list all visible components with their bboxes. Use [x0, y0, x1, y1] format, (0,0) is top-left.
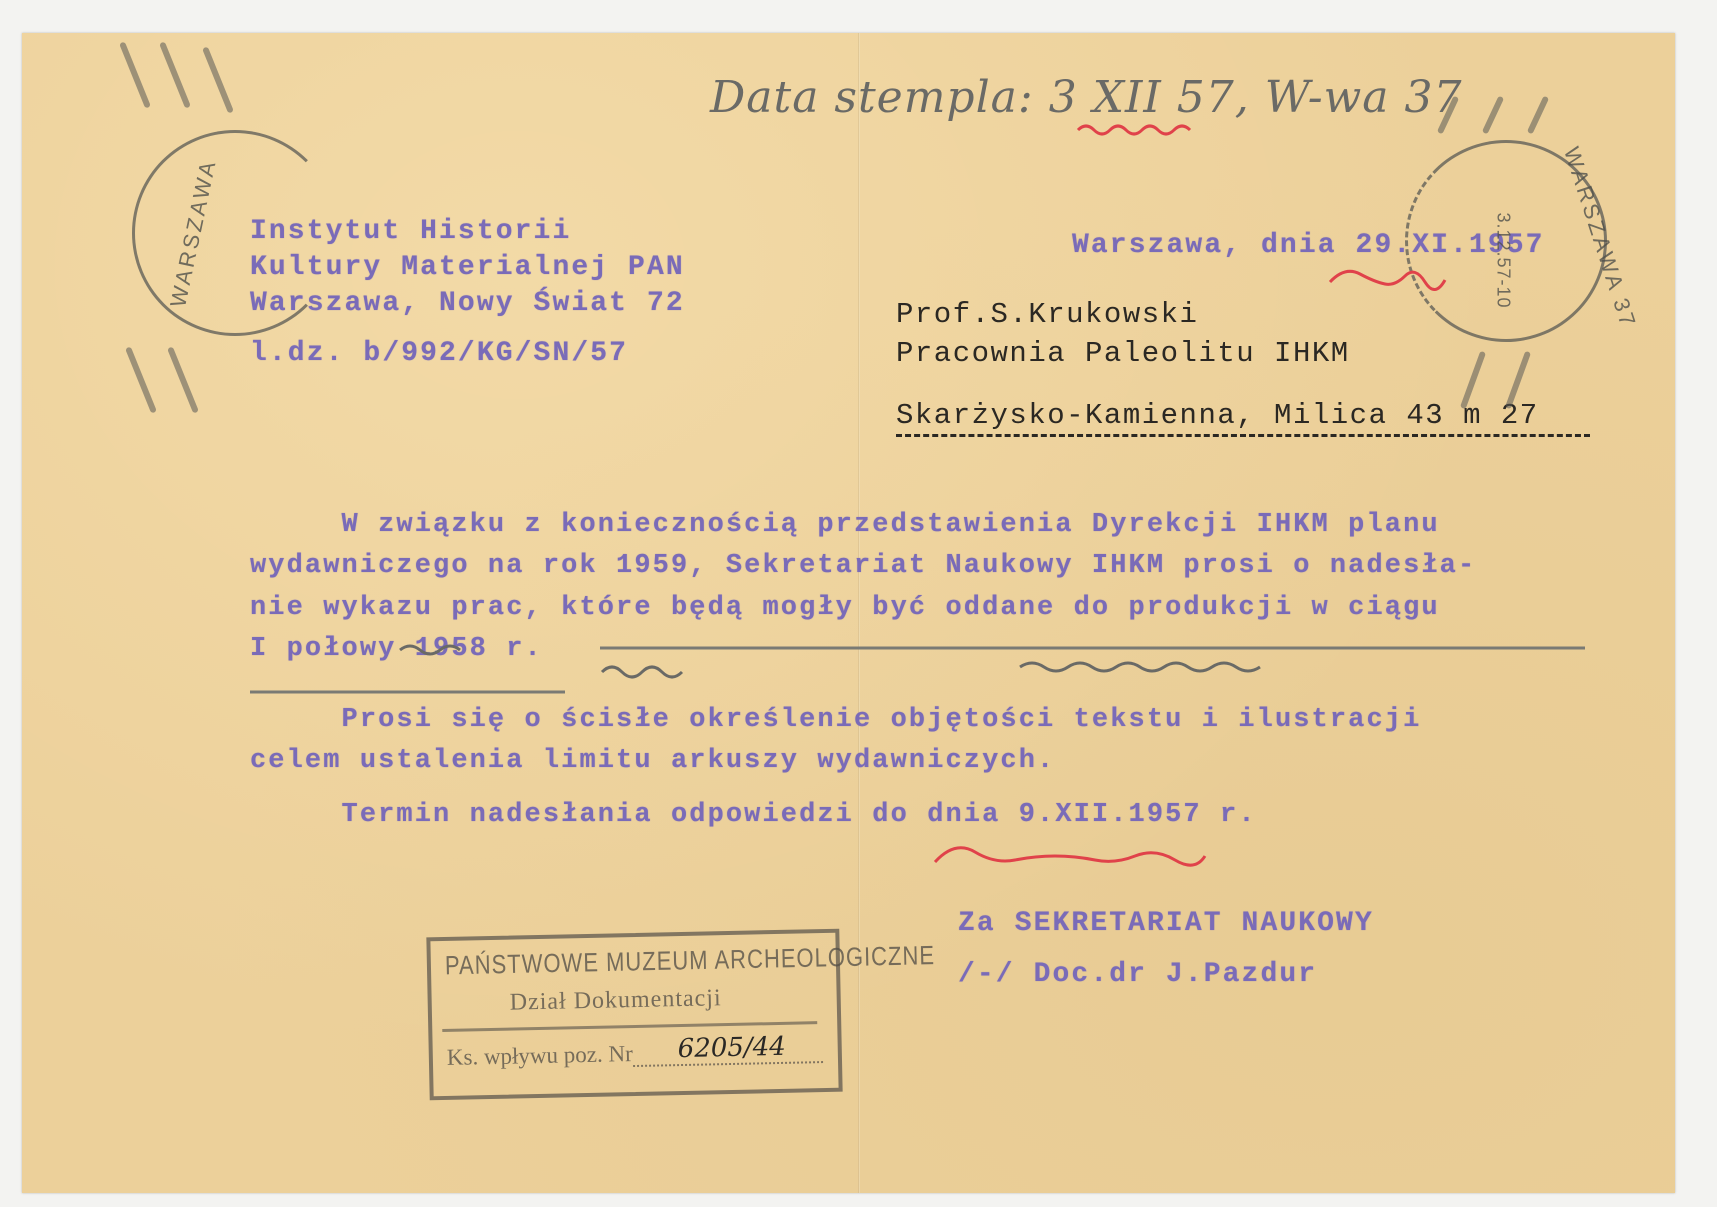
body-line-4: I połowy 1958 r. [250, 629, 543, 670]
postmark-left [132, 130, 338, 336]
stamp-divider [442, 1021, 817, 1032]
body-line-7: Termin nadesłania odpowiedzi do dnia 9.X… [250, 795, 1257, 836]
signature-line-1: Za SEKRETARIAT NAUKOWY [958, 906, 1374, 942]
body-line-5: Prosi się o ścisłe określenie objętości … [250, 700, 1421, 741]
registry-label: Ks. wpływu poz. Nr [447, 1041, 633, 1071]
address-underline [896, 434, 1590, 437]
body-line-6: celem ustalenia limitu arkuszy wydawnicz… [250, 741, 1055, 782]
body-line-1: W związku z koniecznością przedstawienia… [250, 505, 1440, 546]
pencil-note: Data stempla: 3 XII 57, W-wa 37 [710, 72, 1463, 123]
registry-number: 6205/44 [677, 1032, 786, 1064]
recipient-name: Prof.S.Krukowski [896, 298, 1198, 331]
recipient-address: Skarżysko-Kamienna, Milica 43 m 27 [896, 399, 1539, 432]
recipient-unit: Pracownia Paleolitu IHKM [896, 337, 1350, 370]
reference-number: l.dz. b/992/KG/SN/57 [250, 336, 628, 372]
museum-department: Dział Dokumentacji [509, 985, 721, 1016]
postmark-right-date: 3.12.57-10 [1493, 212, 1514, 308]
signature-line-2: /-/ Doc.dr J.Pazdur [958, 957, 1317, 993]
body-line-2: wydawniczego na rok 1959, Sekretariat Na… [250, 546, 1476, 587]
body-line-3: nie wykazu prac, które będą mogły być od… [250, 588, 1440, 629]
museum-registry-stamp: PAŃSTWOWE MUZEUM ARCHEOLOGICZNE Dział Do… [426, 929, 842, 1101]
